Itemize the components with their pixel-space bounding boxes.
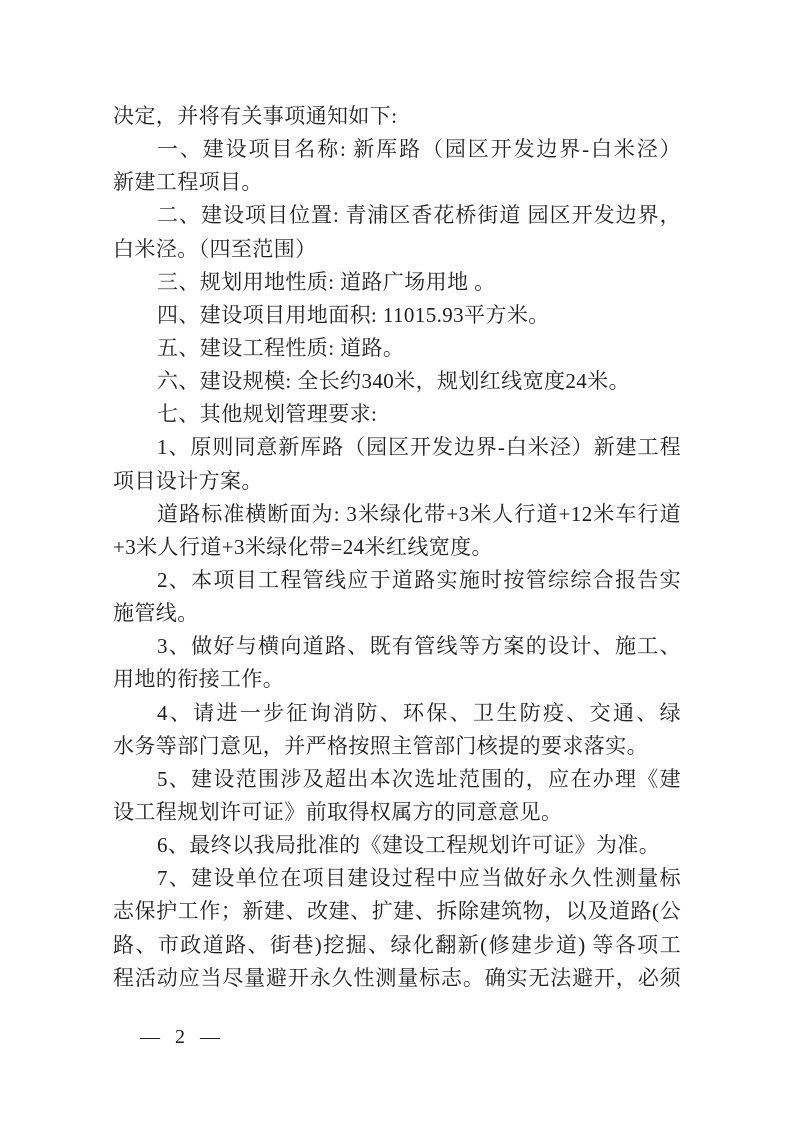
- document-body: 决定，并将有关事项通知如下:一、建设项目名称: 新厍路（园区开发边界-白米泾）新…: [113, 100, 681, 995]
- text-line: 6、最终以我局批准的《建设工程规划许可证》为准。: [113, 829, 681, 862]
- text-line: 4、请进一步征询消防、环保、卫生防疫、交通、绿化、: [113, 697, 681, 730]
- text-line: 3、做好与横向道路、既有管线等方案的设计、施工、: [113, 630, 681, 663]
- text-line: 五、建设工程性质: 道路。: [113, 332, 681, 365]
- text-line: 四、建设项目用地面积: 11015.93平方米。: [113, 299, 681, 332]
- text-line: 5、建设范围涉及超出本次选址范围的，应在办理《建: [113, 763, 681, 796]
- text-line: 七、其他规划管理要求:: [113, 398, 681, 431]
- text-line: 道路标准横断面为: 3米绿化带+3米人行道+12米车行道: [113, 498, 681, 531]
- text-line: 用地的衔接工作。: [113, 663, 681, 696]
- text-line: 2、本项目工程管线应于道路实施时按管综综合报告实: [113, 564, 681, 597]
- text-line: 新建工程项目。: [113, 166, 681, 199]
- text-line: 水务等部门意见，并严格按照主管部门核提的要求落实。: [113, 730, 681, 763]
- text-line: 白米泾。（四至范围）: [113, 233, 681, 266]
- text-line: 决定，并将有关事项通知如下:: [113, 100, 681, 133]
- text-line: 路、市政道路、街巷)挖掘、绿化翻新(修建步道) 等各项工: [113, 929, 681, 962]
- text-line: 施管线。: [113, 597, 681, 630]
- text-line: 一、建设项目名称: 新厍路（园区开发边界-白米泾）: [113, 133, 681, 166]
- text-line: 1、原则同意新厍路（园区开发边界-白米泾）新建工程: [113, 431, 681, 464]
- text-line: 三、规划用地性质: 道路广场用地 。: [113, 266, 681, 299]
- text-line: +3米人行道+3米绿化带=24米红线宽度。: [113, 531, 681, 564]
- text-line: 二、建设项目位置: 青浦区香花桥街道 园区开发边界，: [113, 199, 681, 232]
- text-line: 项目设计方案。: [113, 465, 681, 498]
- text-line: 设工程规划许可证》前取得权属方的同意意见。: [113, 796, 681, 829]
- document-page: 决定，并将有关事项通知如下:一、建设项目名称: 新厍路（园区开发边界-白米泾）新…: [0, 0, 794, 1123]
- text-line: 程活动应当尽量避开永久性测量标志。确实无法避开，必须: [113, 962, 681, 995]
- text-line: 六、建设规模: 全长约340米，规划红线宽度24米。: [113, 365, 681, 398]
- text-line: 7、建设单位在项目建设过程中应当做好永久性测量标: [113, 862, 681, 895]
- text-line: 志保护工作；新建、改建、扩建、拆除建筑物，以及道路(公: [113, 895, 681, 928]
- page-number: — 2 —: [140, 1026, 225, 1048]
